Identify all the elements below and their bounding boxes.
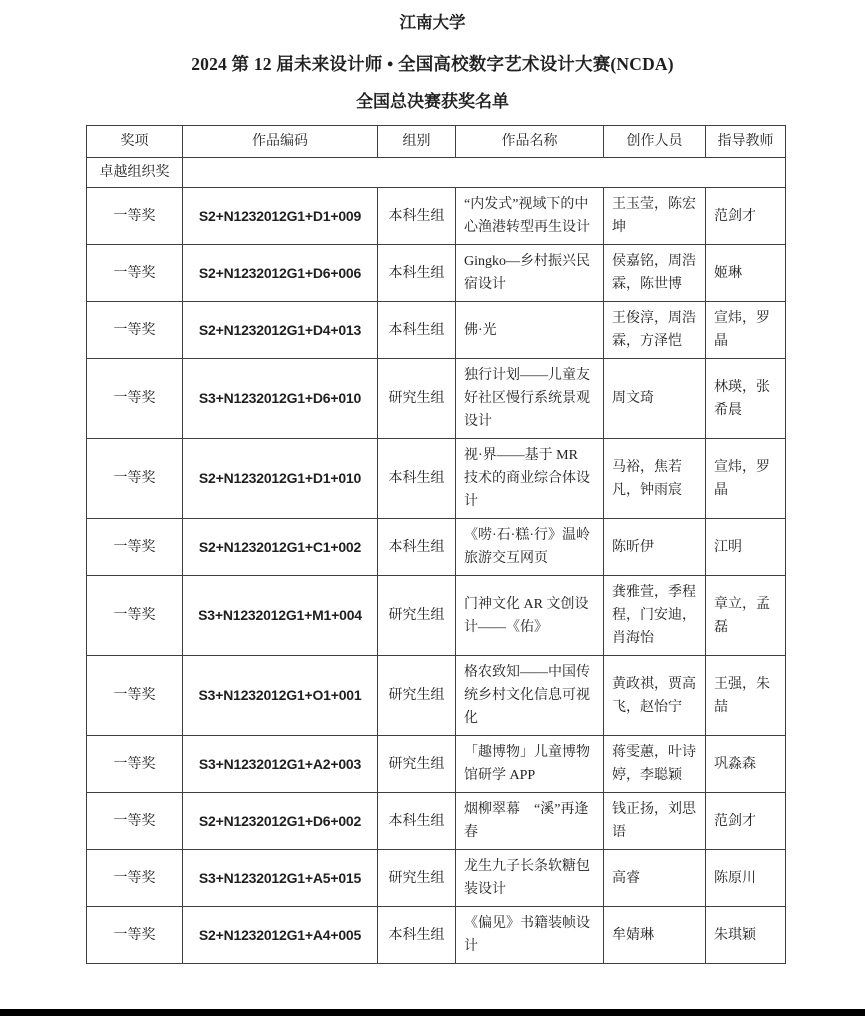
- cell-work-code: S3+N1232012G1+A2+003: [183, 736, 378, 793]
- table-body: 卓越组织奖 一等奖S2+N1232012G1+D1+009本科生组“内发式”视域…: [87, 158, 786, 964]
- cell-group: 研究生组: [378, 359, 456, 439]
- cell-creators: 周文琦: [604, 359, 706, 439]
- cell-teachers: 章立，孟磊: [706, 576, 786, 656]
- cell-work-title: 门神文化 AR 文创设计——《佑》: [456, 576, 604, 656]
- table-header-row: 奖项 作品编码 组别 作品名称 创作人员 指导教师: [87, 126, 786, 158]
- cell-work-code: S2+N1232012G1+A4+005: [183, 907, 378, 964]
- cell-work-title: 视·界——基于 MR 技术的商业综合体设计: [456, 439, 604, 519]
- cell-work-title: 烟柳翠幕 “溪”再逢春: [456, 793, 604, 850]
- cell-work-title: 格农致知——中国传统乡村文化信息可视化: [456, 656, 604, 736]
- cell-work-title: Gingko—乡村振兴民宿设计: [456, 245, 604, 302]
- cell-award: 一等奖: [87, 576, 183, 656]
- cell-teachers: 王强，朱喆: [706, 656, 786, 736]
- cell-creators: 牟婧琳: [604, 907, 706, 964]
- special-award-row: 卓越组织奖: [87, 158, 786, 188]
- cell-teachers: 姬琳: [706, 245, 786, 302]
- table-row: 一等奖S3+N1232012G1+A5+015研究生组龙生九子长条软糖包装设计高…: [87, 850, 786, 907]
- cell-award: 一等奖: [87, 245, 183, 302]
- cell-group: 研究生组: [378, 736, 456, 793]
- table-row: 一等奖S3+N1232012G1+M1+004研究生组门神文化 AR 文创设计—…: [87, 576, 786, 656]
- cell-work-code: S2+N1232012G1+D6+002: [183, 793, 378, 850]
- document-page: 江南大学 2024 第 12 届未来设计师 • 全国高校数字艺术设计大赛(NCD…: [0, 0, 865, 1022]
- cell-award: 一等奖: [87, 519, 183, 576]
- cell-teachers: 宣炜，罗晶: [706, 302, 786, 359]
- cell-group: 研究生组: [378, 850, 456, 907]
- cell-creators: 马裕，焦若凡，钟雨宸: [604, 439, 706, 519]
- table-row: 一等奖S2+N1232012G1+D6+006本科生组Gingko—乡村振兴民宿…: [87, 245, 786, 302]
- cell-teachers: 巩淼森: [706, 736, 786, 793]
- column-header-award: 奖项: [87, 126, 183, 158]
- cell-work-code: S2+N1232012G1+D1+009: [183, 188, 378, 245]
- cell-creators: 王俊淳，周浩霖，方泽恺: [604, 302, 706, 359]
- cell-work-title: 龙生九子长条软糖包装设计: [456, 850, 604, 907]
- table-row: 一等奖S3+N1232012G1+O1+001研究生组格农致知——中国传统乡村文…: [87, 656, 786, 736]
- table-header: 奖项 作品编码 组别 作品名称 创作人员 指导教师: [87, 126, 786, 158]
- table-row: 一等奖S2+N1232012G1+D6+002本科生组烟柳翠幕 “溪”再逢春钱正…: [87, 793, 786, 850]
- cell-work-title: 佛·光: [456, 302, 604, 359]
- table-row: 一等奖S3+N1232012G1+D6+010研究生组独行计划——儿童友好社区慢…: [87, 359, 786, 439]
- table-row: 一等奖S3+N1232012G1+A2+003研究生组「趣博物」儿童博物馆研学 …: [87, 736, 786, 793]
- university-title: 江南大学: [0, 0, 865, 33]
- document-header: 江南大学 2024 第 12 届未来设计师 • 全国高校数字艺术设计大赛(NCD…: [0, 0, 865, 112]
- cell-teachers: 江明: [706, 519, 786, 576]
- cell-award: 一等奖: [87, 736, 183, 793]
- cell-work-code: S2+N1232012G1+D6+006: [183, 245, 378, 302]
- cell-creators: 黄政祺，贾高飞，赵怡宁: [604, 656, 706, 736]
- cell-group: 本科生组: [378, 188, 456, 245]
- cell-award: 一等奖: [87, 359, 183, 439]
- table-row: 一等奖S2+N1232012G1+D1+009本科生组“内发式”视域下的中心渔港…: [87, 188, 786, 245]
- cell-award: 一等奖: [87, 439, 183, 519]
- cell-group: 本科生组: [378, 519, 456, 576]
- cell-work-code: S3+N1232012G1+A5+015: [183, 850, 378, 907]
- column-header-teachers: 指导教师: [706, 126, 786, 158]
- cell-creators: 钱正扬，刘思语: [604, 793, 706, 850]
- cell-creators: 王玉莹，陈宏坤: [604, 188, 706, 245]
- column-header-title: 作品名称: [456, 126, 604, 158]
- cell-work-code: S3+N1232012G1+O1+001: [183, 656, 378, 736]
- cell-teachers: 林瑛，张希晨: [706, 359, 786, 439]
- cell-work-title: 《偏见》书籍装帧设计: [456, 907, 604, 964]
- cell-group: 研究生组: [378, 656, 456, 736]
- cell-award: 一等奖: [87, 793, 183, 850]
- cell-group: 本科生组: [378, 302, 456, 359]
- table-row: 一等奖S2+N1232012G1+D4+013本科生组佛·光王俊淳，周浩霖，方泽…: [87, 302, 786, 359]
- cell-teachers: 范剑才: [706, 793, 786, 850]
- cell-award: 一等奖: [87, 302, 183, 359]
- cell-work-title: 《唠·石·糕·行》温岭旅游交互网页: [456, 519, 604, 576]
- cell-creators: 龚雅萱，季程程，门安迪，肖海怡: [604, 576, 706, 656]
- cell-work-title: “内发式”视域下的中心渔港转型再生设计: [456, 188, 604, 245]
- page-bottom-edge-bar: [0, 1009, 865, 1016]
- column-header-group: 组别: [378, 126, 456, 158]
- cell-award: 一等奖: [87, 907, 183, 964]
- cell-work-title: 「趣博物」儿童博物馆研学 APP: [456, 736, 604, 793]
- cell-group: 研究生组: [378, 576, 456, 656]
- cell-group: 本科生组: [378, 907, 456, 964]
- cell-teachers: 陈原川: [706, 850, 786, 907]
- column-header-code: 作品编码: [183, 126, 378, 158]
- award-table: 奖项 作品编码 组别 作品名称 创作人员 指导教师 卓越组织奖 一等奖S2+N1…: [86, 125, 786, 964]
- cell-award: 一等奖: [87, 188, 183, 245]
- competition-title: 2024 第 12 届未来设计师 • 全国高校数字艺术设计大赛(NCDA): [0, 53, 865, 75]
- cell-group: 本科生组: [378, 793, 456, 850]
- cell-special-empty: [183, 158, 786, 188]
- cell-creators: 陈昕伊: [604, 519, 706, 576]
- cell-special-award: 卓越组织奖: [87, 158, 183, 188]
- cell-teachers: 朱琪颖: [706, 907, 786, 964]
- cell-work-title: 独行计划——儿童友好社区慢行系统景观设计: [456, 359, 604, 439]
- cell-work-code: S2+N1232012G1+D1+010: [183, 439, 378, 519]
- cell-work-code: S2+N1232012G1+C1+002: [183, 519, 378, 576]
- cell-teachers: 范剑才: [706, 188, 786, 245]
- cell-group: 本科生组: [378, 245, 456, 302]
- cell-teachers: 宣炜，罗晶: [706, 439, 786, 519]
- cell-work-code: S2+N1232012G1+D4+013: [183, 302, 378, 359]
- cell-creators: 蒋雯蕙，叶诗婷，李聪颖: [604, 736, 706, 793]
- table-row: 一等奖S2+N1232012G1+C1+002本科生组《唠·石·糕·行》温岭旅游…: [87, 519, 786, 576]
- cell-award: 一等奖: [87, 850, 183, 907]
- cell-award: 一等奖: [87, 656, 183, 736]
- table-row: 一等奖S2+N1232012G1+A4+005本科生组《偏见》书籍装帧设计牟婧琳…: [87, 907, 786, 964]
- cell-creators: 高睿: [604, 850, 706, 907]
- cell-creators: 侯嘉铭，周浩霖，陈世博: [604, 245, 706, 302]
- list-subtitle: 全国总决赛获奖名单: [0, 91, 865, 112]
- cell-work-code: S3+N1232012G1+M1+004: [183, 576, 378, 656]
- table-row: 一等奖S2+N1232012G1+D1+010本科生组视·界——基于 MR 技术…: [87, 439, 786, 519]
- cell-group: 本科生组: [378, 439, 456, 519]
- column-header-creators: 创作人员: [604, 126, 706, 158]
- cell-work-code: S3+N1232012G1+D6+010: [183, 359, 378, 439]
